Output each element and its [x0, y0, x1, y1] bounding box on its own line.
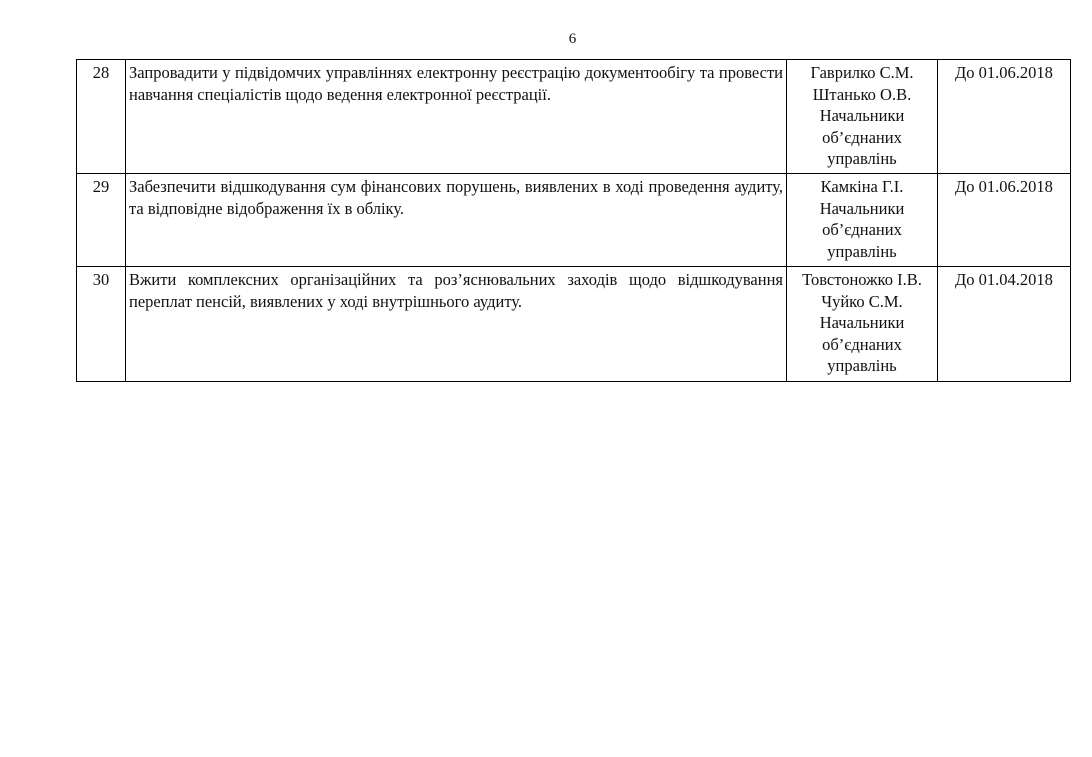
deadline: До 01.06.2018 [938, 174, 1071, 267]
responsible-persons: Гаврилко С.М. Штанько О.В. Начальники об… [787, 60, 938, 174]
row-number: 28 [77, 60, 126, 174]
responsible-person: Начальники [790, 198, 934, 220]
row-number: 30 [77, 267, 126, 382]
task-description: Запровадити у підвідомчих управліннях ел… [126, 60, 787, 174]
responsible-person: Гаврилко С.М. [790, 62, 934, 84]
responsible-person: управлінь [790, 148, 934, 170]
deadline: До 01.04.2018 [938, 267, 1071, 382]
row-number: 29 [77, 174, 126, 267]
responsible-person: об’єднаних [790, 219, 934, 241]
task-description: Вжити комплексних організаційних та роз’… [126, 267, 787, 382]
responsible-person: управлінь [790, 241, 934, 263]
responsible-person: Начальники [790, 105, 934, 127]
task-description: Забезпечити відшкодування сум фінансових… [126, 174, 787, 267]
responsible-person: Товстоножко І.В. [790, 269, 934, 291]
table-row: 29 Забезпечити відшкодування сум фінансо… [77, 174, 1071, 267]
responsible-persons: Товстоножко І.В. Чуйко С.М. Начальники о… [787, 267, 938, 382]
deadline: До 01.06.2018 [938, 60, 1071, 174]
responsible-person: Штанько О.В. [790, 84, 934, 106]
responsible-person: Камкіна Г.І. [790, 176, 934, 198]
table-row: 30 Вжити комплексних організаційних та р… [77, 267, 1071, 382]
table-row: 28 Запровадити у підвідомчих управліннях… [77, 60, 1071, 174]
responsible-person: управлінь [790, 355, 934, 377]
responsible-persons: Камкіна Г.І. Начальники об’єднаних управ… [787, 174, 938, 267]
responsible-person: Начальники [790, 312, 934, 334]
action-plan-table: 28 Запровадити у підвідомчих управліннях… [76, 59, 1071, 382]
responsible-person: об’єднаних [790, 334, 934, 356]
responsible-person: об’єднаних [790, 127, 934, 149]
responsible-person: Чуйко С.М. [790, 291, 934, 313]
page-number: 6 [0, 31, 1092, 48]
